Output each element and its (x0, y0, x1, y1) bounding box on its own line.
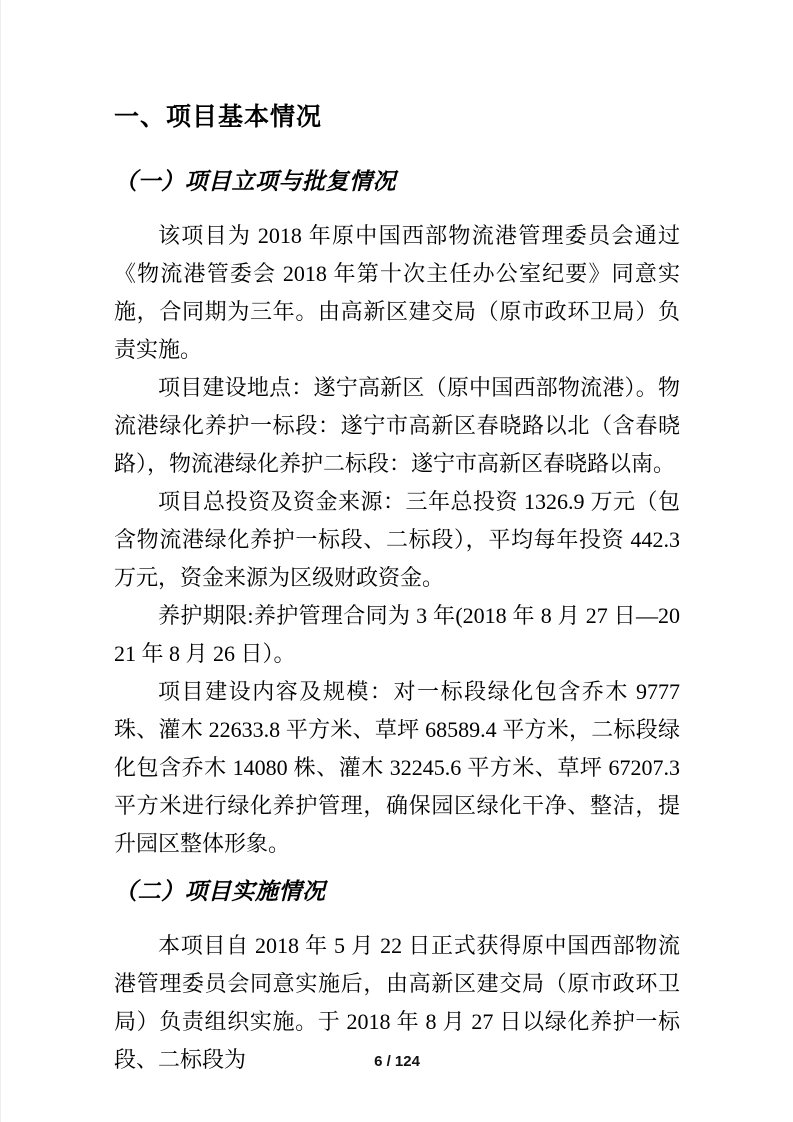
page-title: 一、项目基本情况 (114, 103, 680, 131)
section-project-implementation: （二）项目实施情况 本项目自 2018 年 5 月 22 日正式获得原中国西部物… (114, 877, 680, 1079)
section-project-approval: （一）项目立项与批复情况 该项目为 2018 年原中国西部物流港管理委员会通过《… (114, 167, 680, 863)
paragraph: 项目建设地点：遂宁高新区（原中国西部物流港）。物流港绿化养护一标段：遂宁市高新区… (114, 369, 680, 483)
section-heading-implementation: （二）项目实施情况 (114, 877, 680, 907)
section-heading-approval: （一）项目立项与批复情况 (114, 167, 680, 197)
paragraph: 项目建设内容及规模：对一标段绿化包含乔木 9777 珠、灌木 22633.8 平… (114, 673, 680, 863)
document-page: 一、项目基本情况 （一）项目立项与批复情况 该项目为 2018 年原中国西部物流… (0, 0, 793, 1122)
paragraph: 项目总投资及资金来源：三年总投资 1326.9 万元（包含物流港绿化养护一标段、… (114, 483, 680, 597)
paragraph: 养护期限:养护管理合同为 3 年(2018 年 8 月 27 日—2021 年 … (114, 597, 680, 673)
paragraph: 该项目为 2018 年原中国西部物流港管理委员会通过《物流港管委会 2018 年… (114, 217, 680, 369)
page-number: 6 / 124 (1, 1053, 793, 1070)
